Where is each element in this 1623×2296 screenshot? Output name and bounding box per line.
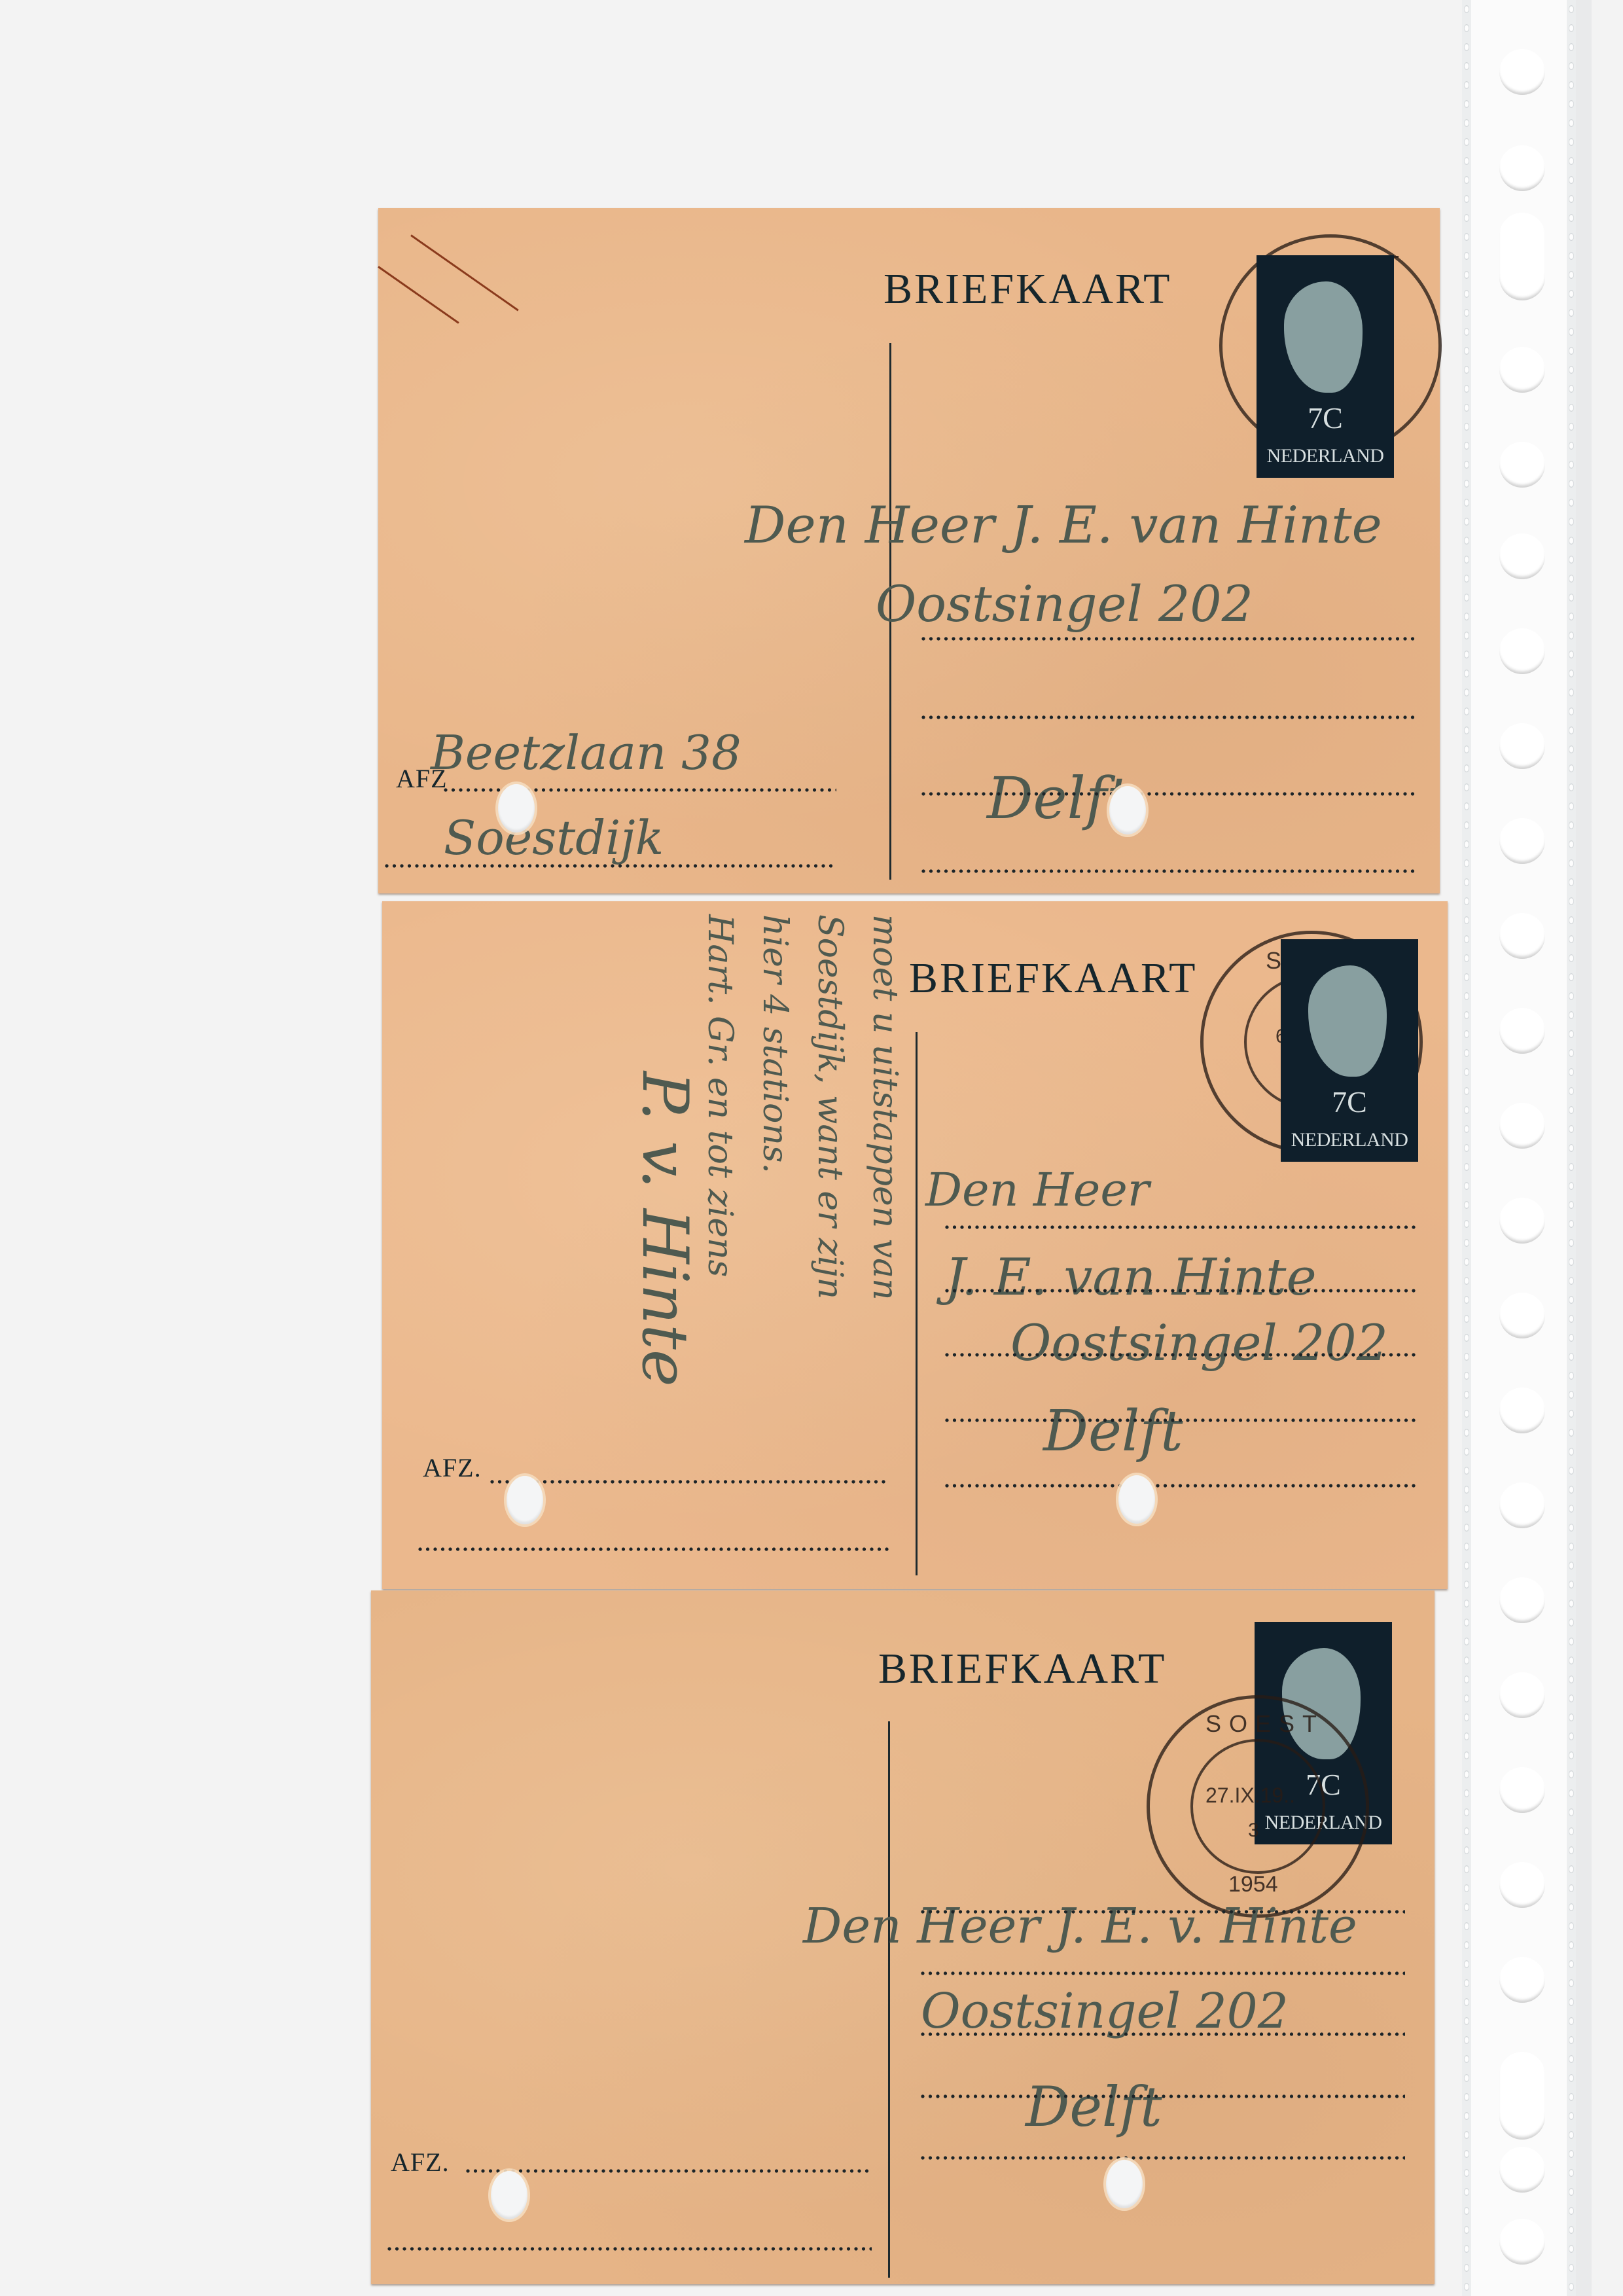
binder-hole (1499, 533, 1545, 579)
postmark-date: 27.IX.19.. (1205, 1784, 1295, 1808)
address-line-2: J. E. van Hinte (945, 1248, 1317, 1307)
address-line (921, 1910, 1405, 1914)
card-title: BRIEFKAART (909, 954, 1197, 1003)
address-line (921, 715, 1416, 719)
card-title: BRIEFKAART (878, 1644, 1166, 1694)
postmark: SOEST 27.IX.19.. 3 1954 (1147, 1695, 1369, 1918)
postage-stamp: 7C NEDERLAND (1281, 939, 1418, 1162)
punch-hole (1106, 2160, 1143, 2208)
binder-hole (1499, 723, 1545, 769)
address-line (921, 637, 1416, 641)
binder-hole (1499, 1103, 1545, 1149)
binder-hole (1499, 628, 1545, 674)
binder-hole (1499, 145, 1545, 191)
address-line (921, 2156, 1405, 2160)
sender-line (385, 864, 836, 868)
address-line (921, 2032, 1405, 2036)
address-line (945, 1484, 1416, 1488)
punch-hole (507, 1476, 543, 1524)
binder-hole (1499, 1198, 1545, 1244)
binder-hole (1499, 2052, 1545, 2140)
address-line (945, 1418, 1416, 1422)
binder-hole (1499, 1577, 1545, 1623)
handwritten-message: moet u uitstappen van Soestdijk, want er… (637, 914, 912, 1387)
postmark-year: 1954 (1228, 1872, 1278, 1897)
card-title: BRIEFKAART (883, 264, 1171, 314)
address-line-3: Delft (1026, 2075, 1162, 2139)
postcard-3: BRIEFKAART 7C NEDERLAND SOEST 27.IX.19..… (371, 1590, 1435, 2284)
punch-hole (498, 784, 535, 833)
scratch-mark (378, 266, 459, 323)
address-line (921, 2094, 1405, 2098)
postage-stamp: 7C NEDERLAND (1257, 255, 1394, 478)
address-line-1: Den Heer (925, 1163, 1149, 1217)
address-line-2: Oostsingel 202 (921, 1983, 1289, 2039)
address-line (945, 1353, 1416, 1357)
address-line-3: Delft (987, 764, 1130, 832)
address-line-1: Den Heer J. E. v. Hinte (803, 1898, 1357, 1954)
postmark-slot: 3 (1248, 1820, 1259, 1842)
card-divider (916, 1032, 918, 1575)
message-line-1: moet u uitstappen van (857, 914, 912, 1387)
sleeve-weld-left (1462, 0, 1471, 2296)
punch-hole (491, 2171, 527, 2219)
binder-hole (1499, 49, 1545, 95)
binder-hole (1499, 818, 1545, 864)
message-line-2: Soestdijk, want er zijn (802, 914, 857, 1387)
sender-label: AFZ. (391, 2147, 450, 2178)
queen-juliana-portrait-icon (1284, 281, 1363, 393)
binder-hole (1499, 1008, 1545, 1054)
address-line-2: Oostsingel 202 (876, 575, 1253, 633)
postmark-town: SOEST (1205, 1710, 1325, 1738)
stamp-value: 7C (1257, 401, 1394, 435)
binder-hole (1499, 1672, 1545, 1718)
punch-hole (1118, 1475, 1155, 1524)
sender-line-1: Beetzlaan 38 (431, 725, 741, 780)
sender-line (418, 1547, 889, 1551)
sender-line (466, 2169, 872, 2173)
message-line-3: hier 4 stations. (747, 914, 802, 1387)
sender-label: AFZ. (423, 1452, 482, 1483)
sleeve-weld-right (1567, 0, 1576, 2296)
signature: P. v. Hinte (637, 914, 692, 1387)
binder-hole (1499, 2147, 1545, 2193)
binder-hole (1499, 1767, 1545, 1813)
punch-hole (1109, 786, 1146, 834)
binder-hole (1499, 1482, 1545, 1528)
card-divider (888, 1721, 890, 2278)
postcard-2: BRIEFKAART SOEST 6.IX.19.. 1954 7C NEDER… (382, 901, 1448, 1589)
address-line-4: Delft (1043, 1399, 1183, 1464)
binder-hole (1499, 213, 1545, 300)
binder-hole (1499, 442, 1545, 488)
binder-hole (1499, 1862, 1545, 1908)
sender-line (490, 1480, 889, 1484)
address-line-3: Oostsingel 202 (1010, 1314, 1388, 1372)
address-line (921, 792, 1416, 796)
binder-hole (1499, 913, 1545, 959)
postcard-1: BRIEFKAART SOEST 19.VII.19.. 7C NEDERLAN… (378, 208, 1440, 893)
binder-hole (1499, 1957, 1545, 2003)
address-line (921, 1971, 1405, 1975)
address-line (945, 1289, 1416, 1293)
binder-hole (1499, 1388, 1545, 1433)
sleeve-edge (1576, 0, 1592, 2296)
stamp-value: 7C (1281, 1085, 1418, 1119)
stamp-country: NEDERLAND (1257, 445, 1394, 467)
stamp-country: NEDERLAND (1281, 1129, 1418, 1151)
address-line (945, 1225, 1416, 1229)
binder-hole (1499, 2219, 1545, 2265)
address-line-1: Den Heer J. E. van Hinte (745, 496, 1382, 555)
sender-line-2: Soestdijk (444, 810, 664, 865)
binder-hole (1499, 1293, 1545, 1338)
address-line (921, 869, 1416, 873)
queen-juliana-portrait-icon (1308, 965, 1387, 1077)
binder-hole (1499, 347, 1545, 393)
sender-line (387, 2247, 872, 2251)
